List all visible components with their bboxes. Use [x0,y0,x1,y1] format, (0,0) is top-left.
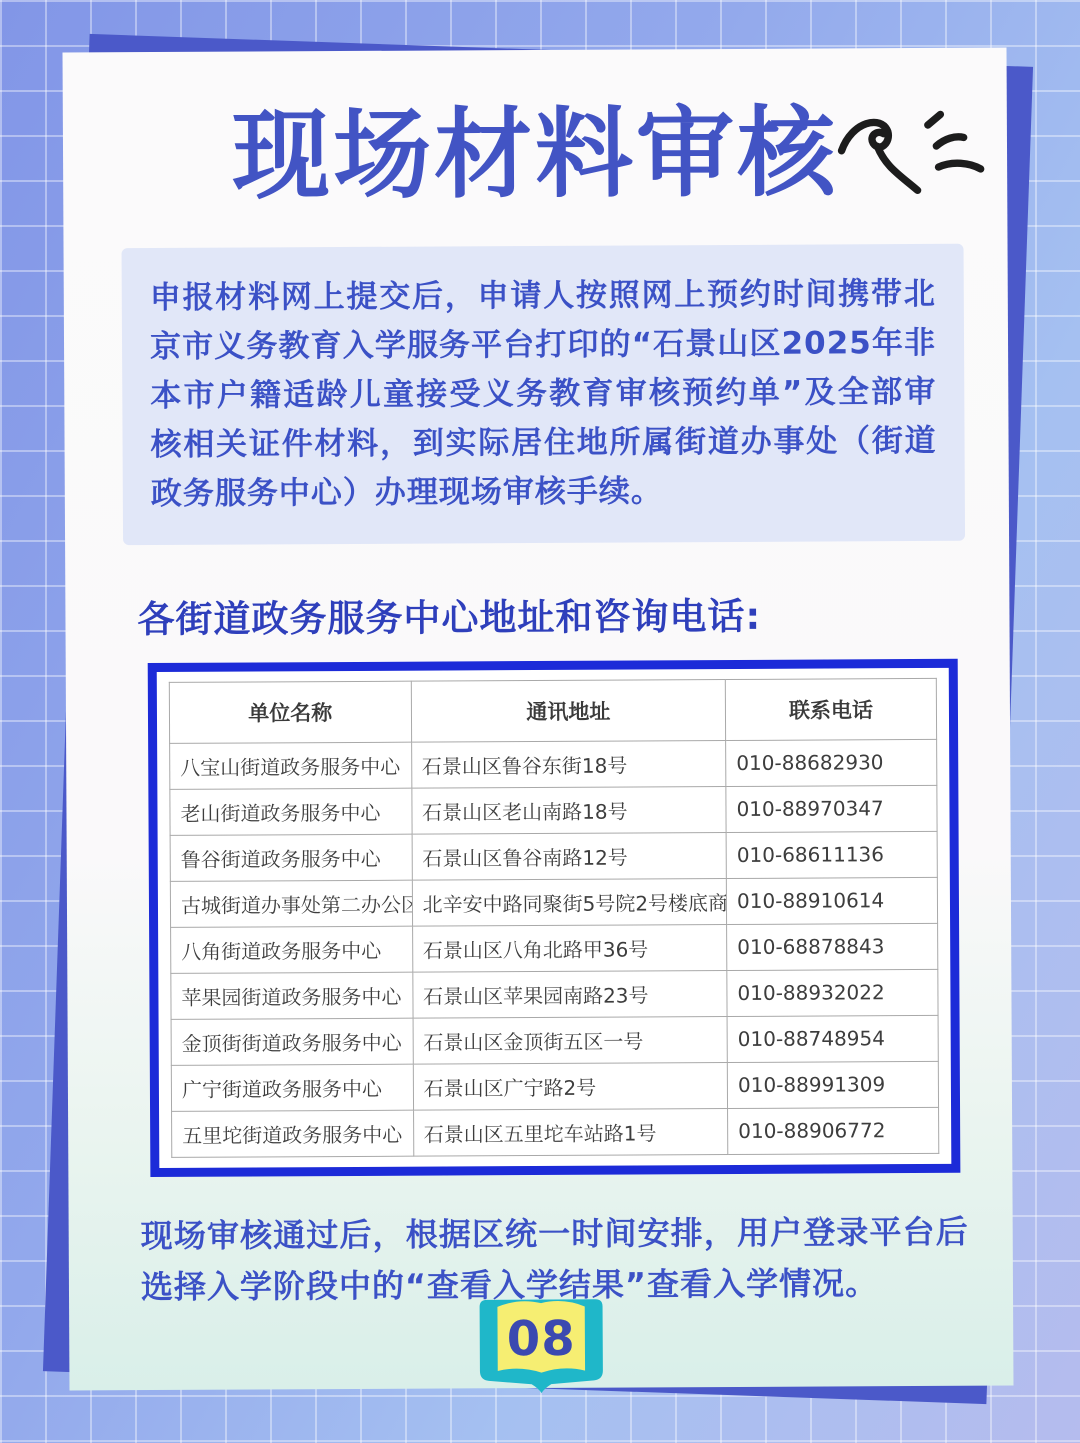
address-cell: 北辛安中路同聚街5号院2号楼底商 [412,878,727,926]
table-row: 苹果园街道政务服务中心石景山区苹果园南路23号010-88932022 [171,969,938,1019]
phone-cell: 010-68611136 [726,831,937,878]
phone-cell: 010-88970347 [726,785,937,832]
phone-header: 联系电话 [725,678,936,740]
address-cell: 石景山区金顶街五区一号 [413,1016,728,1064]
phone-cell: 010-88991309 [727,1061,938,1108]
intro-paragraph-box: 申报材料网上提交后，申请人按照网上预约时间携带北京市义务教育入学服务平台打印的“… [122,244,966,545]
table-row: 古城街道办事处第二办公区北辛安中路同聚街5号院2号楼底商010-88910614 [170,877,937,927]
phone-cell: 010-68878843 [727,923,938,970]
address-cell: 石景山区鲁谷东街18号 [411,740,726,788]
unit-name-cell: 广宁街道政务服务中心 [171,1064,413,1111]
phone-cell: 010-88748954 [727,1015,938,1062]
intro-text: 申报材料网上提交后，申请人按照网上预约时间携带北京市义务教育入学服务平台打印的“… [150,276,937,512]
table-header-row: 单位名称 通讯地址 联系电话 [169,678,936,743]
phone-cell: 010-88910614 [726,877,937,924]
unit-name-header: 单位名称 [169,681,411,743]
address-header: 通讯地址 [411,679,726,742]
table-row: 广宁街道政务服务中心石景山区广宁路2号010-88991309 [171,1061,938,1111]
section-heading: 各街道政务服务中心地址和咨询电话: [137,584,1009,643]
unit-name-cell: 金顶街街道政务服务中心 [171,1018,413,1065]
table-body: 八宝山街道政务服务中心石景山区鲁谷东街18号010-88682930老山街道政务… [170,739,939,1157]
address-cell: 石景山区老山南路18号 [411,786,726,834]
footer-text: 现场审核通过后，根据区统一时间安排，用户登录平台后选择入学阶段中的“查看入学结果… [141,1212,969,1306]
unit-name-cell: 八宝山街道政务服务中心 [170,742,412,789]
table-row: 八角街道政务服务中心石景山区八角北路甲36号010-68878843 [171,923,938,973]
table-row: 五里坨街道政务服务中心石景山区五里坨车站路1号010-88906772 [172,1107,939,1157]
table-row: 金顶街街道政务服务中心石景山区金顶街五区一号010-88748954 [171,1015,938,1065]
contact-table: 单位名称 通讯地址 联系电话 八宝山街道政务服务中心石景山区鲁谷东街18号010… [169,678,939,1158]
phone-cell: 010-88906772 [728,1107,939,1154]
address-cell: 石景山区广宁路2号 [413,1062,728,1110]
unit-name-cell: 古城街道办事处第二办公区 [170,880,412,927]
page-number: 08 [507,1311,576,1367]
unit-name-cell: 苹果园街道政务服务中心 [171,972,413,1019]
unit-name-cell: 八角街道政务服务中心 [171,926,413,973]
table-row: 八宝山街道政务服务中心石景山区鲁谷东街18号010-88682930 [170,739,937,789]
address-cell: 石景山区五里坨车站路1号 [413,1108,728,1156]
phone-cell: 010-88932022 [727,969,938,1016]
address-cell: 石景山区鲁谷南路12号 [412,832,727,880]
unit-name-cell: 五里坨街道政务服务中心 [172,1110,414,1157]
table-row: 老山街道政务服务中心石景山区老山南路18号010-88970347 [170,785,937,835]
unit-name-cell: 鲁谷街道政务服务中心 [170,834,412,881]
unit-name-cell: 老山街道政务服务中心 [170,788,412,835]
bird-doodle-icon [831,104,990,209]
table-row: 鲁谷街道政务服务中心石景山区鲁谷南路12号010-68611136 [170,831,937,881]
address-cell: 石景山区八角北路甲36号 [412,924,727,972]
address-cell: 石景山区苹果园南路23号 [412,970,727,1018]
poster-page: 现场材料审核 申报材料网上提交后，申请人按照网上预约时间携带北京市义务教育入学服… [0,0,1080,1443]
content-card: 现场材料审核 申报材料网上提交后，申请人按照网上预约时间携带北京市义务教育入学服… [63,48,1014,1391]
contact-table-frame: 单位名称 通讯地址 联系电话 八宝山街道政务服务中心石景山区鲁谷东街18号010… [148,658,961,1176]
phone-cell: 010-88682930 [726,739,937,786]
page-number-badge: 08 [474,1296,609,1395]
